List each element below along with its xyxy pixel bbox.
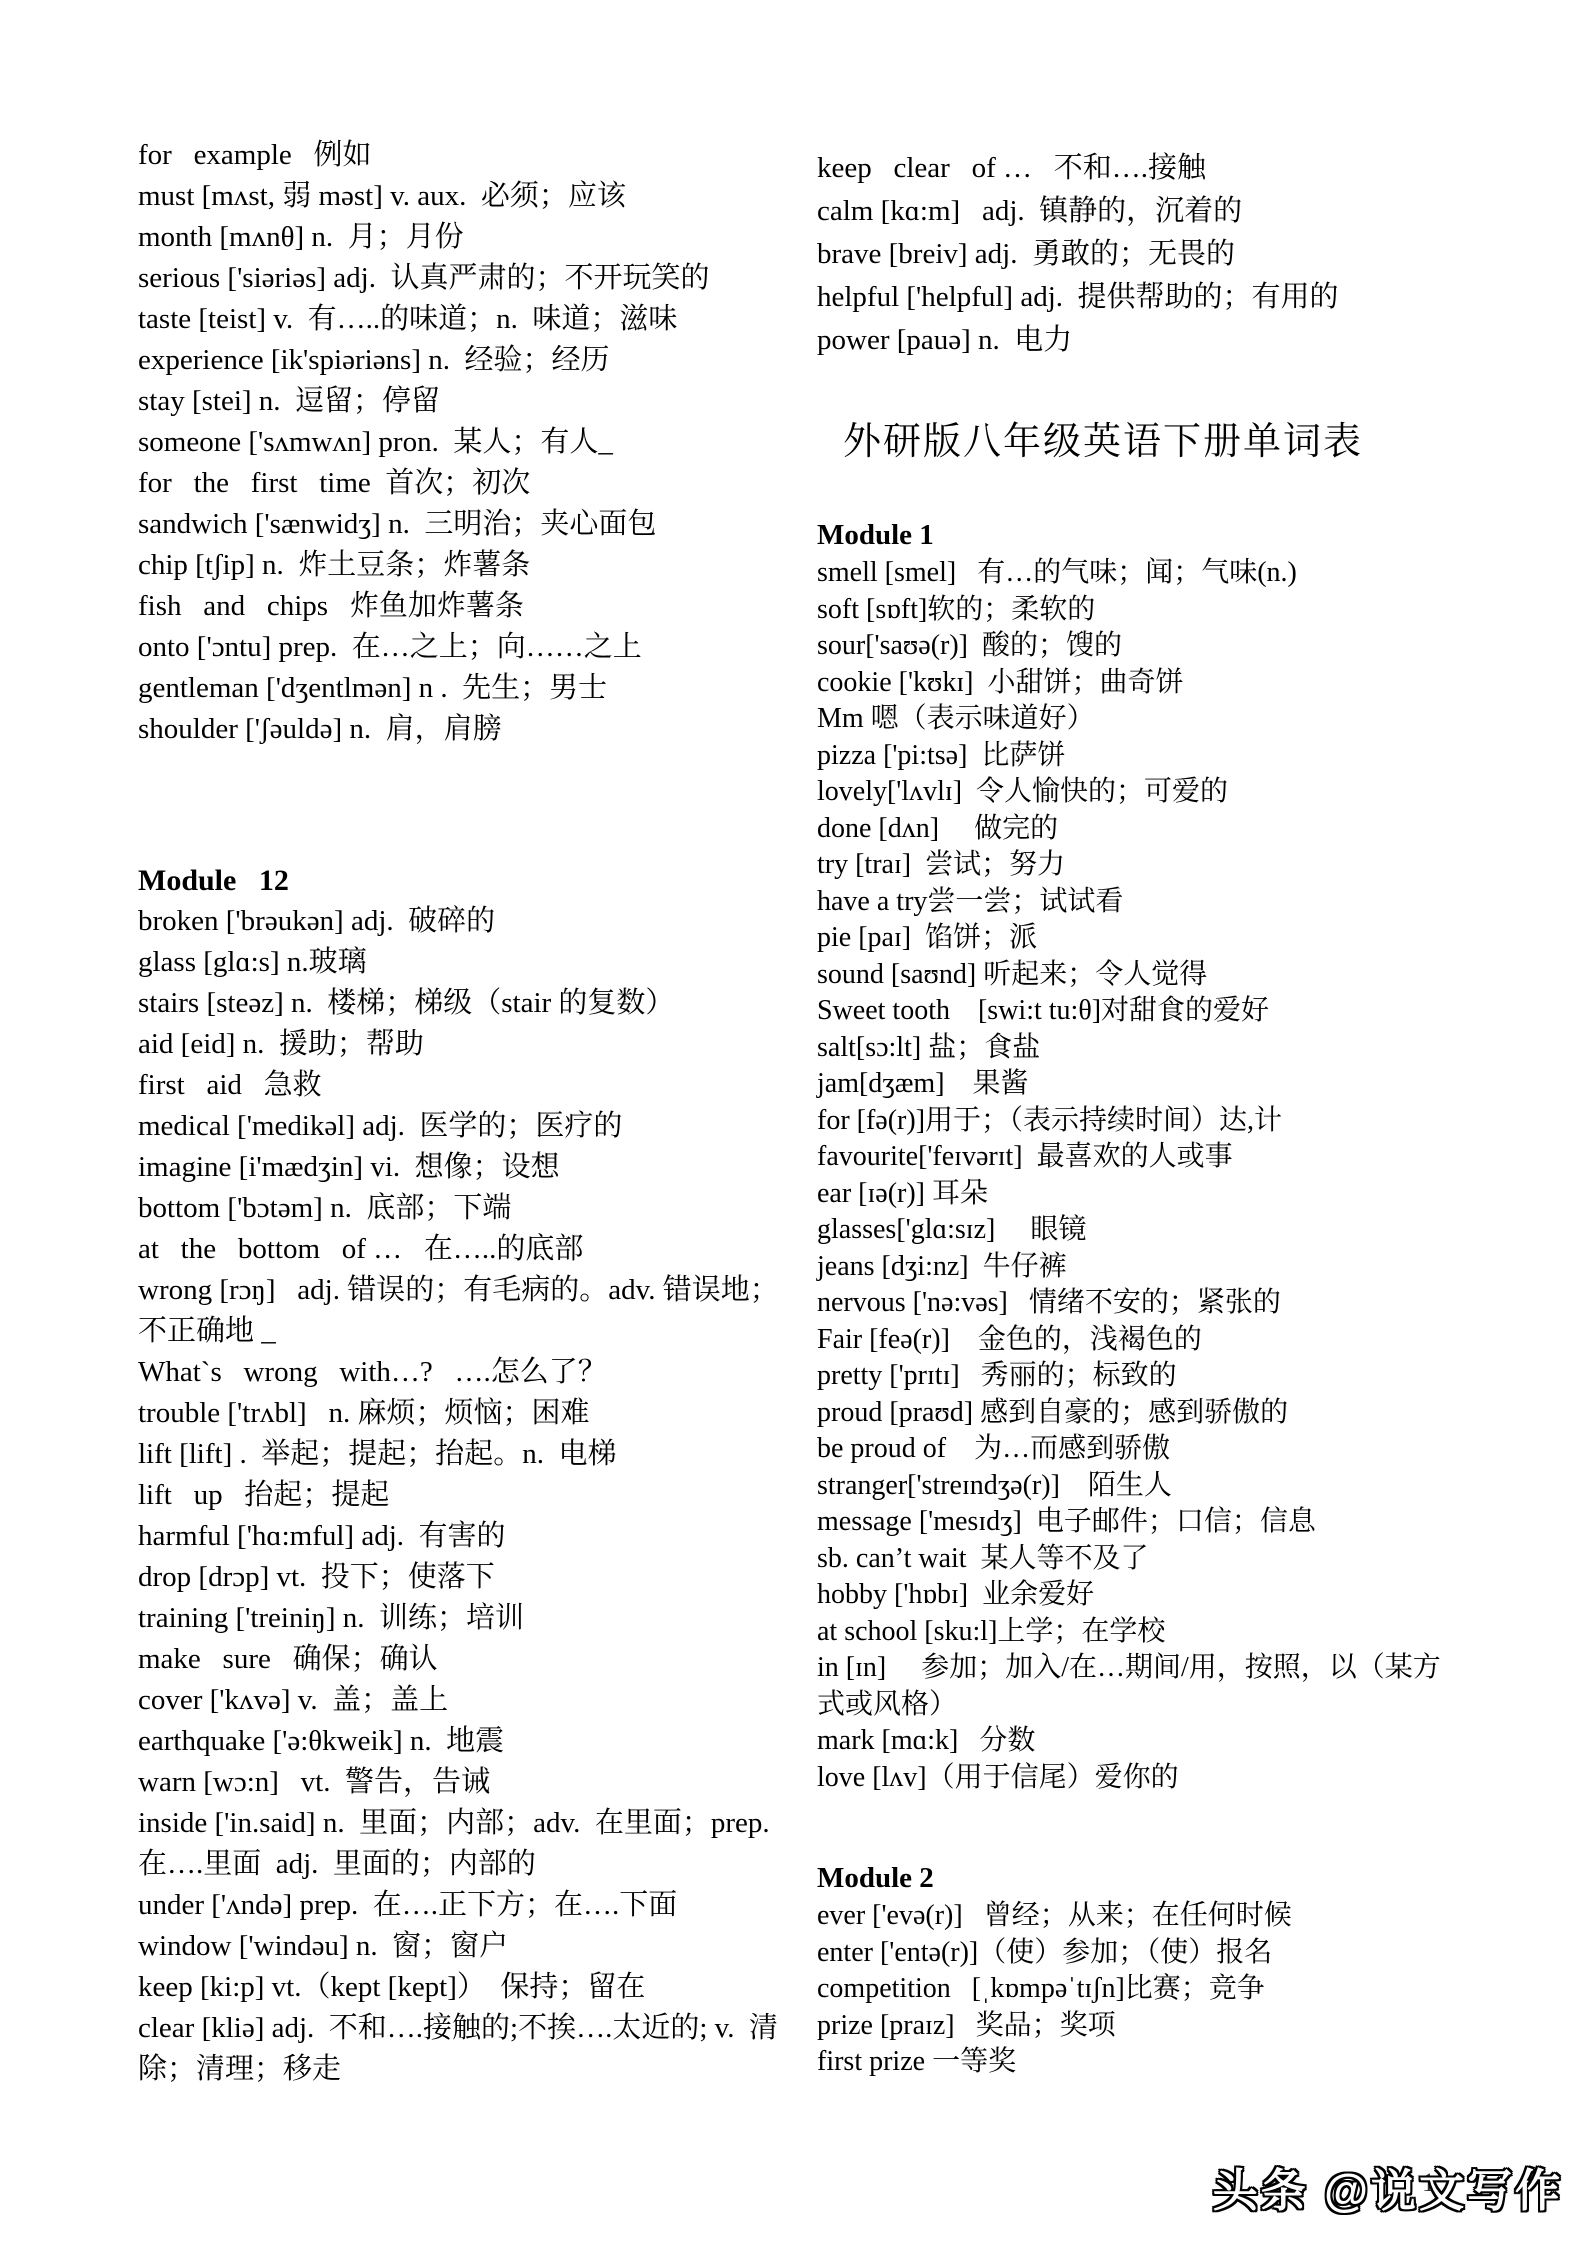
left-column: for example 例如must [mʌst, 弱 məst] v. aux… [138,135,778,2090]
vocab-line: 在….里面 adj. 里面的；内部的 [138,1844,778,1885]
vocab-line: cover ['kʌvə] v. 盖；盖上 [138,1680,778,1721]
vocab-line: first aid 急救 [138,1065,778,1106]
document-title: 外研版八年级英语下册单词表 [843,415,1517,470]
vocab-line: harmful ['hɑ:mful] adj. 有害的 [138,1516,778,1557]
vocab-line: warn [wɔ:n] vt. 警告，告诫 [138,1762,778,1803]
vocab-line: love [lʌv]（用于信尾）爱你的 [817,1760,1517,1797]
vocab-line: 式或风格） [817,1687,1517,1724]
vocab-line: competition [ˌkɒmpəˈtɪʃn]比赛；竞争 [817,1971,1517,2008]
module-1-heading: Module 1 [817,515,1517,555]
word-list-module2: ever ['evə(r)] 曾经；从来；在任何时候enter ['entə(r… [817,1898,1517,2081]
vocab-line: in [ɪn] 参加；加入/在…期间/用，按照，以（某方 [817,1650,1517,1687]
vocab-line: pretty ['prɪtɪ] 秀丽的；标致的 [817,1358,1517,1395]
vocab-line: salt[sɔ:lt] 盐；食盐 [817,1030,1517,1067]
module-1-section: Module 1 smell [smel] 有…的气味；闻；气味(n.)soft… [817,515,1517,1796]
vocab-line: try [traɪ] 尝试；努力 [817,847,1517,884]
vocab-line: serious ['siəriəs] adj. 认真严肃的；不开玩笑的 [138,258,778,299]
vocab-line: done [dʌn] 做完的 [817,811,1517,848]
vocab-line: for the first time 首次；初次 [138,463,778,504]
vocab-line: for example 例如 [138,135,778,176]
vocab-line: smell [smel] 有…的气味；闻；气味(n.) [817,555,1517,592]
vocab-line: glasses['glɑ:sɪz] 眼镜 [817,1212,1517,1249]
vocab-line: nervous ['nə:vəs] 情绪不安的；紧张的 [817,1285,1517,1322]
vocab-line: sandwich ['sænwidʒ] n. 三明治；夹心面包 [138,504,778,545]
module-2-section: Module 2 ever ['evə(r)] 曾经；从来；在任何时候enter… [817,1858,1517,2081]
vocab-line: broken ['brəukən] adj. 破碎的 [138,901,778,942]
vocab-line: under ['ʌndə] prep. 在….正下方；在….下面 [138,1885,778,1926]
vocab-line: hobby ['hɒbɪ] 业余爱好 [817,1577,1517,1614]
vocab-line: wrong [rɔŋ] adj. 错误的；有毛病的。adv. 错误地； [138,1270,778,1311]
vocab-line: chip [tʃip] n. 炸土豆条；炸薯条 [138,545,778,586]
vocab-line: pizza ['pi:tsə] 比萨饼 [817,738,1517,775]
module-2-heading: Module 2 [817,1858,1517,1898]
vocab-line: proud [praʊd] 感到自豪的；感到骄傲的 [817,1395,1517,1432]
vocab-line: shoulder ['ʃəuldə] n. 肩，肩膀 [138,709,778,750]
right-column: keep clear of … 不和….接触calm [kɑ:m] adj. 镇… [817,147,1517,2081]
vocab-line: sound [saʊnd] 听起来；令人觉得 [817,957,1517,994]
word-list-module11-end: keep clear of … 不和….接触calm [kɑ:m] adj. 镇… [817,147,1517,362]
vocab-line: keep [ki:p] vt.（kept [kept]） 保持；留在 [138,1967,778,2008]
vocab-line: month [mʌnθ] n. 月；月份 [138,217,778,258]
vocab-line: stairs [steəz] n. 楼梯；梯级（stair 的复数） [138,983,778,1024]
vocab-line: Fair [feə(r)] 金色的，浅褐色的 [817,1322,1517,1359]
vocab-line: Sweet tooth [swi:t tu:θ]对甜食的爱好 [817,993,1517,1030]
vocab-line: prize [praɪz] 奖品；奖项 [817,2008,1517,2045]
vocab-line: aid [eid] n. 援助；帮助 [138,1024,778,1065]
vocab-line: earthquake ['ə:θkweik] n. 地震 [138,1721,778,1762]
vocab-line: fish and chips 炸鱼加炸薯条 [138,586,778,627]
vocab-line: What`s wrong with…? ….怎么了？ [138,1352,778,1393]
vocab-line: Mm 嗯（表示味道好） [817,701,1517,738]
vocab-line: ear [ɪə(r)] 耳朵 [817,1176,1517,1213]
vocab-line: experience [ik'spiəriəns] n. 经验；经历 [138,340,778,381]
section-gap [817,1796,1517,1858]
vocab-line: be proud of 为…而感到骄傲 [817,1431,1517,1468]
word-list-module1: smell [smel] 有…的气味；闻；气味(n.)soft [sɒft]软的… [817,555,1517,1796]
vocab-line: stranger['streɪndʒə(r)] 陌生人 [817,1468,1517,1505]
vocab-line: clear [kliə] adj. 不和….接触的;不挨….太近的; v. 清 [138,2008,778,2049]
vocab-line: at school [sku:l]上学；在学校 [817,1614,1517,1651]
vocab-line: power [pauə] n. 电力 [817,319,1517,362]
vocab-line: make sure 确保；确认 [138,1639,778,1680]
vocab-line: 除；清理；移走 [138,2049,778,2090]
vocab-line: inside ['in.said] n. 里面；内部；adv. 在里面；prep… [138,1803,778,1844]
vocab-line: helpful ['helpful] adj. 提供帮助的；有用的 [817,276,1517,319]
module-12-heading: Module 12 [138,860,778,901]
vocab-line: calm [kɑ:m] adj. 镇静的，沉着的 [817,190,1517,233]
vocab-line: lift [lift] . 举起；提起；抬起。n. 电梯 [138,1434,778,1475]
vocab-line: glass [glɑ:s] n.玻璃 [138,942,778,983]
section-gap [138,750,778,860]
vocab-line: someone ['sʌmwʌn] pron. 某人；有人_ [138,422,778,463]
vocab-line: favourite['feɪvərɪt] 最喜欢的人或事 [817,1139,1517,1176]
vocab-line: stay [stei] n. 逗留；停留 [138,381,778,422]
vocab-line: medical ['medikəl] adj. 医学的；医疗的 [138,1106,778,1147]
document-page: for example 例如must [mʌst, 弱 məst] v. aux… [0,0,1587,2245]
vocab-line: jeans [dʒi:nz] 牛仔裤 [817,1249,1517,1286]
vocab-line: first prize 一等奖 [817,2044,1517,2081]
vocab-line: onto ['ɔntu] prep. 在…之上；向……之上 [138,627,778,668]
vocab-line: must [mʌst, 弱 məst] v. aux. 必须；应该 [138,176,778,217]
vocab-line: trouble ['trʌbl] n. 麻烦；烦恼；困难 [138,1393,778,1434]
vocab-line: for [fə(r)]用于；（表示持续时间）达,计 [817,1103,1517,1140]
vocab-line: pie [paɪ] 馅饼；派 [817,920,1517,957]
word-list-module12: broken ['brəukən] adj. 破碎的glass [glɑ:s] … [138,901,778,2090]
vocab-line: soft [sɒft]软的；柔软的 [817,592,1517,629]
vocab-line: sour['saʊə(r)] 酸的；馊的 [817,628,1517,665]
vocab-line: drop [drɔp] vt. 投下；使落下 [138,1557,778,1598]
vocab-line: message ['mesɪdʒ] 电子邮件；口信；信息 [817,1504,1517,1541]
vocab-line: taste [teist] v. 有…..的味道；n. 味道；滋味 [138,299,778,340]
vocab-line: jam[dʒæm] 果酱 [817,1066,1517,1103]
vocab-line: window ['windəu] n. 窗；窗户 [138,1926,778,1967]
vocab-line: lift up 抬起；提起 [138,1475,778,1516]
word-list-module11-tail: for example 例如must [mʌst, 弱 məst] v. aux… [138,135,778,750]
vocab-line: at the bottom of … 在…..的底部 [138,1229,778,1270]
vocab-line: enter ['entə(r)]（使）参加；（使）报名 [817,1935,1517,1972]
vocab-line: 不正确地 _ [138,1311,778,1352]
vocab-line: mark [mɑ:k] 分数 [817,1723,1517,1760]
vocab-line: training ['treiniŋ] n. 训练；培训 [138,1598,778,1639]
vocab-line: cookie ['kʊkɪ] 小甜饼；曲奇饼 [817,665,1517,702]
vocab-line: lovely['lʌvlɪ] 令人愉快的；可爱的 [817,774,1517,811]
vocab-line: brave [breiv] adj. 勇敢的；无畏的 [817,233,1517,276]
vocab-line: imagine [i'mædʒin] vi. 想像；设想 [138,1147,778,1188]
vocab-line: have a try尝一尝；试试看 [817,884,1517,921]
vocab-line: keep clear of … 不和….接触 [817,147,1517,190]
vocab-line: ever ['evə(r)] 曾经；从来；在任何时候 [817,1898,1517,1935]
vocab-line: sb. can’t wait 某人等不及了 [817,1541,1517,1578]
toutiao-watermark: 头条 @说文写作 [1213,2154,1563,2219]
vocab-line: bottom ['bɔtəm] n. 底部；下端 [138,1188,778,1229]
vocab-line: gentleman ['dʒentlmən] n . 先生；男士 [138,668,778,709]
